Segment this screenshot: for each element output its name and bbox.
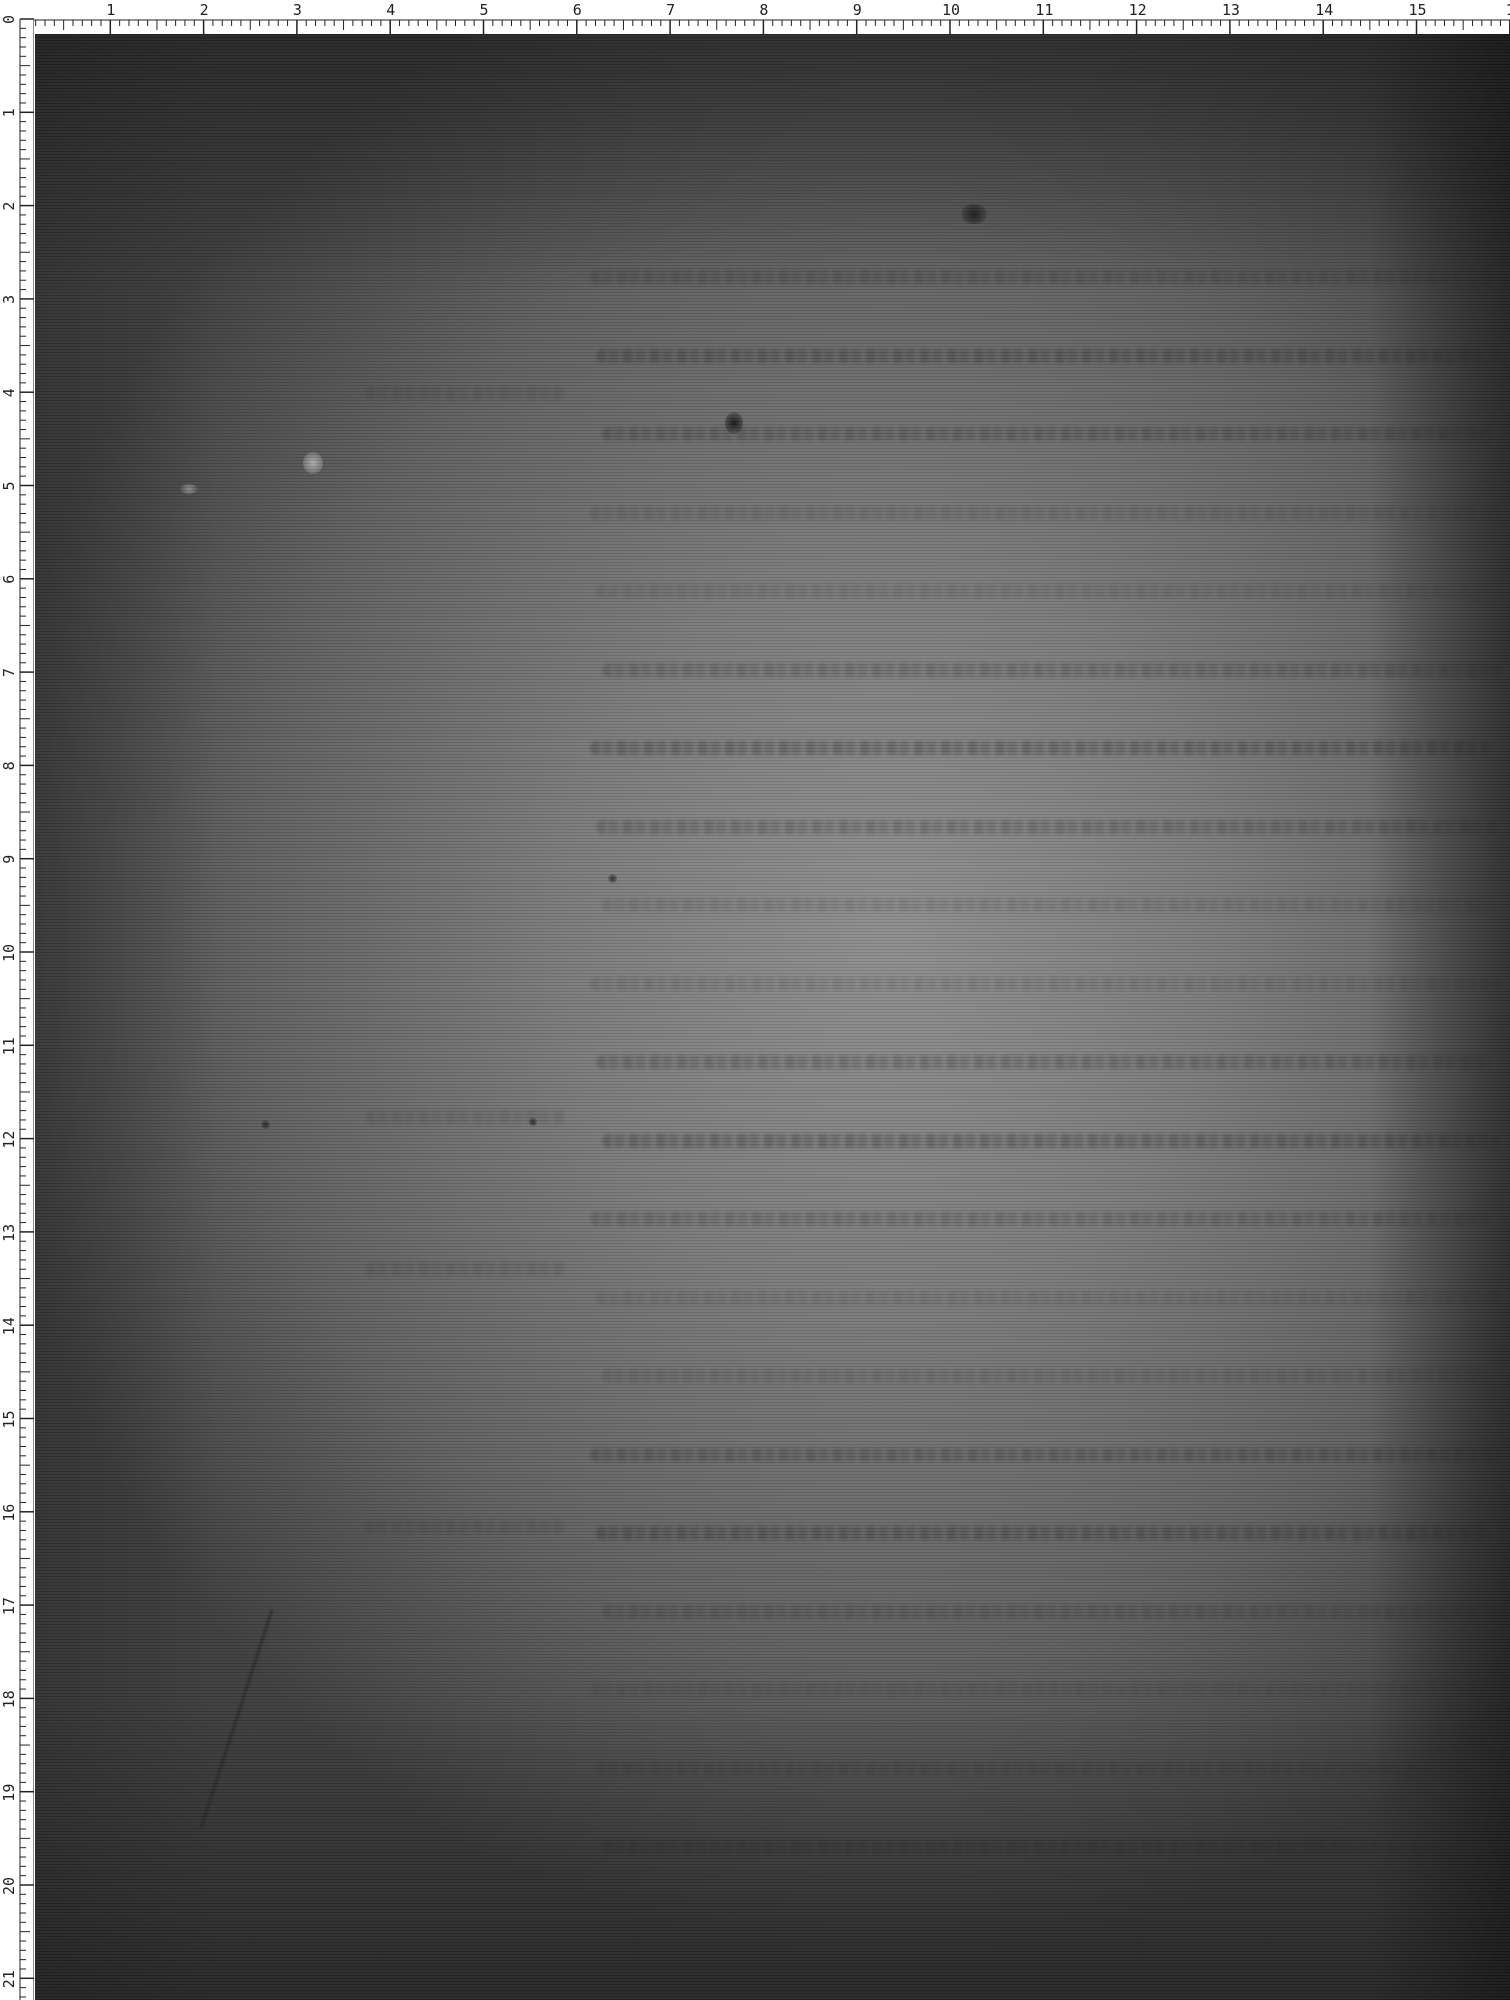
light-speck <box>180 484 198 494</box>
ink-blot <box>961 204 987 224</box>
text-line <box>590 977 1500 991</box>
text-line <box>590 1683 1490 1697</box>
svg-text:9: 9 <box>0 855 18 864</box>
margin-note <box>365 1520 565 1534</box>
ink-dot <box>261 1120 270 1129</box>
svg-text:13: 13 <box>1222 1 1240 19</box>
svg-text:18: 18 <box>0 1690 18 1708</box>
svg-text:13: 13 <box>0 1224 18 1242</box>
right-shadow <box>1370 34 1510 2000</box>
text-line <box>590 506 1500 520</box>
svg-text:5: 5 <box>480 1 489 19</box>
text-line <box>602 898 1490 912</box>
svg-text:6: 6 <box>0 575 18 584</box>
light-speck <box>303 452 323 474</box>
svg-text:3: 3 <box>0 295 18 304</box>
svg-text:1: 1 <box>1506 1 1510 19</box>
left-ruler-scale: 0123456789101112131415161718192021 <box>0 0 34 2000</box>
svg-text:14: 14 <box>1315 1 1333 19</box>
svg-text:6: 6 <box>573 1 582 19</box>
text-line <box>590 1448 1500 1462</box>
top-shadow <box>35 34 1510 294</box>
svg-text:14: 14 <box>0 1317 18 1335</box>
svg-text:10: 10 <box>942 1 960 19</box>
svg-text:7: 7 <box>666 1 675 19</box>
text-line <box>590 270 1490 284</box>
text-line <box>596 1526 1490 1540</box>
svg-text:12: 12 <box>0 1131 18 1149</box>
svg-text:7: 7 <box>0 668 18 677</box>
svg-text:4: 4 <box>0 388 18 397</box>
text-line <box>602 1605 1500 1619</box>
manuscript-scan <box>35 34 1510 2000</box>
svg-text:1: 1 <box>0 108 18 117</box>
svg-text:9: 9 <box>853 1 862 19</box>
svg-text:12: 12 <box>1129 1 1147 19</box>
text-line <box>602 1369 1490 1383</box>
svg-text:5: 5 <box>0 481 18 490</box>
text-line <box>602 663 1500 677</box>
svg-text:11: 11 <box>1035 1 1053 19</box>
text-line <box>590 1212 1490 1226</box>
ink-dot <box>529 1118 537 1126</box>
svg-text:8: 8 <box>0 761 18 770</box>
text-line <box>596 1762 1500 1776</box>
text-line <box>596 349 1500 363</box>
svg-text:11: 11 <box>0 1037 18 1055</box>
svg-text:10: 10 <box>0 944 18 962</box>
svg-text:3: 3 <box>293 1 302 19</box>
svg-text:20: 20 <box>0 1877 18 1895</box>
text-line <box>596 1291 1500 1305</box>
svg-text:1: 1 <box>106 1 115 19</box>
ink-blot <box>725 412 743 434</box>
ink-dot <box>608 874 617 883</box>
margin-note <box>365 386 565 400</box>
top-ruler: 01234567891011121314151 <box>0 0 1510 34</box>
svg-text:2: 2 <box>0 202 18 211</box>
left-ruler: 0123456789101112131415161718192021 <box>0 0 34 2000</box>
svg-text:15: 15 <box>0 1410 18 1428</box>
text-line <box>596 1055 1490 1069</box>
text-line <box>590 741 1490 755</box>
svg-text:8: 8 <box>759 1 768 19</box>
text-line <box>596 584 1490 598</box>
svg-text:19: 19 <box>0 1784 18 1802</box>
text-line <box>596 820 1500 834</box>
top-ruler-scale: 01234567891011121314151 <box>0 0 1510 34</box>
margin-note <box>365 1262 565 1276</box>
svg-text:21: 21 <box>0 1970 18 1988</box>
text-line <box>602 1134 1500 1148</box>
svg-text:4: 4 <box>386 1 395 19</box>
text-line <box>602 1840 1490 1854</box>
svg-text:2: 2 <box>200 1 209 19</box>
svg-text:16: 16 <box>0 1504 18 1522</box>
svg-text:0: 0 <box>0 15 18 24</box>
svg-text:15: 15 <box>1409 1 1427 19</box>
svg-text:17: 17 <box>0 1597 18 1615</box>
